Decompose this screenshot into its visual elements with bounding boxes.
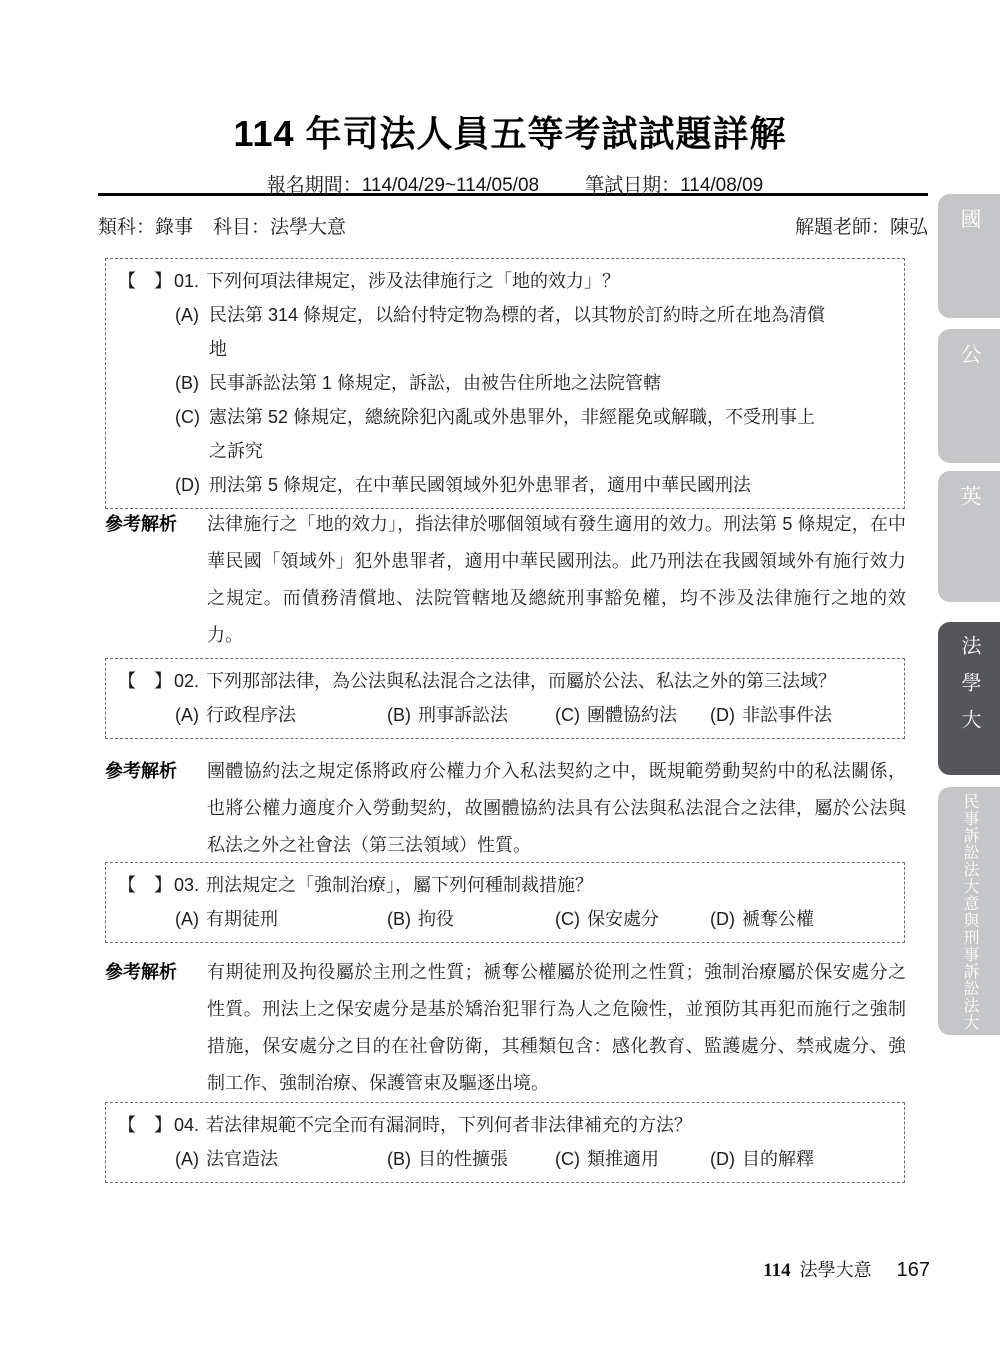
option-label: (D) — [710, 909, 735, 929]
option-a: (A)法官造法 — [175, 1142, 387, 1176]
option-b: (B)刑事訴訟法 — [387, 698, 555, 732]
analysis-text: 有期徒刑及拘役屬於主刑之性質；褫奪公權屬於從刑之性質；強制治療屬於保安處分之性質… — [207, 954, 906, 1102]
question-line: 【 】 03. 刑法規定之「強制治療」，屬下列何種制裁措施？ — [118, 868, 892, 902]
option-c: (C)保安處分 — [555, 902, 710, 936]
option-text: 非訟事件法 — [742, 705, 832, 725]
analysis-block-01: 參考解析 法律施行之「地的效力」，指法律於哪個領域有發生適用的效力。刑法第 5 … — [105, 506, 906, 654]
meta-row: 類科：錄事 科目：法學大意 解題老師：陳弘 — [98, 212, 928, 239]
analysis-block-03: 參考解析 有期徒刑及拘役屬於主刑之性質；褫奪公權屬於從刑之性質；強制治療屬於保安… — [105, 954, 906, 1102]
question-line: 【 】 01. 下列何項法律規定，涉及法律施行之「地的效力」？ — [118, 264, 892, 298]
question-number: 01. — [174, 264, 199, 298]
option-text: 法官造法 — [206, 1149, 278, 1169]
option-d: (D)目的解釋 — [710, 1142, 892, 1176]
option-label: (D) — [175, 468, 209, 502]
option-label: (C) — [175, 400, 209, 468]
sidebar-tab-civics: 公民 — [938, 329, 1000, 463]
document-page: 114 年司法人員五等考試試題詳解 報名期間：114/04/29~114/05/… — [0, 0, 1000, 1353]
analysis-label: 參考解析 — [105, 506, 207, 654]
question-box-03: 【 】 03. 刑法規定之「強制治療」，屬下列何種制裁措施？ (A)有期徒刑 (… — [105, 862, 905, 943]
option-label: (C) — [555, 1149, 580, 1169]
question-number: 02. — [174, 664, 199, 698]
header-divider — [98, 193, 928, 196]
option-label: (A) — [175, 1149, 199, 1169]
options-row: (A)有期徒刑 (B)拘役 (C)保安處分 (D)褫奪公權 — [175, 902, 892, 936]
options-list: (A) 民法第 314 條規定，以給付特定物為標的者，以其物於訂約時之所在地為清… — [175, 298, 892, 502]
meta-teacher: 解題老師：陳弘 — [795, 212, 928, 239]
analysis-label: 參考解析 — [105, 753, 207, 864]
option-d: (D) 刑法第 5 條規定，在中華民國領域外犯外患罪者，適用中華民國刑法 — [175, 468, 892, 502]
meta-left: 類科：錄事 科目：法學大意 — [98, 212, 346, 239]
options-row: (A)法官造法 (B)目的性擴張 (C)類推適用 (D)目的解釋 — [175, 1142, 892, 1176]
question-text: 下列那部法律，為公法與私法混合之法律，而屬於公法、私法之外的第三法域？ — [206, 664, 892, 698]
option-a: (A)有期徒刑 — [175, 902, 387, 936]
question-head: 【 】 02. — [118, 664, 206, 698]
option-b: (B)目的性擴張 — [387, 1142, 555, 1176]
question-head: 【 】 04. — [118, 1108, 206, 1142]
option-d: (D)非訟事件法 — [710, 698, 892, 732]
footer-subject: 法學大意 — [800, 1256, 872, 1282]
answer-bracket: 【 】 — [118, 1108, 172, 1142]
option-label: (B) — [175, 366, 209, 400]
option-text: 目的性擴張 — [418, 1149, 508, 1169]
option-label: (C) — [555, 909, 580, 929]
footer-volume: 114 — [763, 1260, 790, 1282]
options-row: (A)行政程序法 (B)刑事訴訟法 (C)團體協約法 (D)非訟事件法 — [175, 698, 892, 732]
option-c: (C)團體協約法 — [555, 698, 710, 732]
option-text: 團體協約法 — [587, 705, 677, 725]
question-text: 若法律規範不完全而有漏洞時，下列何者非法律補充的方法？ — [206, 1108, 892, 1142]
footer-page-number: 167 — [897, 1259, 930, 1282]
answer-bracket: 【 】 — [118, 664, 172, 698]
option-text: 有期徒刑 — [206, 909, 278, 929]
option-text: 褫奪公權 — [742, 909, 814, 929]
option-text: 憲法第 52 條規定，總統除犯內亂或外患罪外，非經罷免或解職，不受刑事上之訴究 — [209, 400, 827, 468]
answer-bracket: 【 】 — [118, 868, 172, 902]
option-text: 民事訴訟法第 1 條規定，訴訟，由被告住所地之法院管轄 — [209, 366, 827, 400]
sidebar-tab-english: 英文 — [938, 471, 1000, 602]
option-label: (B) — [387, 909, 411, 929]
option-label: (A) — [175, 705, 199, 725]
option-b: (B)拘役 — [387, 902, 555, 936]
sidebar-tab-civil-criminal-procedure: 民事訴訟法大意與刑事訴訟法大意 — [938, 787, 1000, 1035]
question-number: 04. — [174, 1108, 199, 1142]
analysis-text: 法律施行之「地的效力」，指法律於哪個領域有發生適用的效力。刑法第 5 條規定，在… — [207, 506, 906, 654]
option-text: 拘役 — [418, 909, 454, 929]
analysis-block-02: 參考解析 團體協約法之規定係將政府公權力介入私法契約之中，既規範勞動契約中的私法… — [105, 753, 906, 864]
option-text: 目的解釋 — [742, 1149, 814, 1169]
option-label: (D) — [710, 705, 735, 725]
question-number: 03. — [174, 868, 199, 902]
option-label: (A) — [175, 298, 209, 366]
option-text: 民法第 314 條規定，以給付特定物為標的者，以其物於訂約時之所在地為清償地 — [209, 298, 827, 366]
question-text: 刑法規定之「強制治療」，屬下列何種制裁措施？ — [206, 868, 892, 902]
question-text: 下列何項法律規定，涉及法律施行之「地的效力」？ — [206, 264, 892, 298]
option-label: (A) — [175, 909, 199, 929]
option-text: 刑事訴訟法 — [418, 705, 508, 725]
option-label: (B) — [387, 1149, 411, 1169]
question-line: 【 】 02. 下列那部法律，為公法與私法混合之法律，而屬於公法、私法之外的第三… — [118, 664, 892, 698]
question-box-04: 【 】 04. 若法律規範不完全而有漏洞時，下列何者非法律補充的方法？ (A)法… — [105, 1102, 905, 1183]
option-c: (C) 憲法第 52 條規定，總統除犯內亂或外患罪外，非經罷免或解職，不受刑事上… — [175, 400, 892, 468]
sidebar-tab-chinese: 國文 — [938, 194, 1000, 318]
question-box-02: 【 】 02. 下列那部法律，為公法與私法混合之法律，而屬於公法、私法之外的第三… — [105, 658, 905, 739]
option-c: (C)類推適用 — [555, 1142, 710, 1176]
option-d: (D)褫奪公權 — [710, 902, 892, 936]
page-title: 114 年司法人員五等考試試題詳解 — [10, 106, 1000, 157]
option-text: 行政程序法 — [206, 705, 296, 725]
page-footer: 114 法學大意 167 — [763, 1256, 930, 1282]
option-a: (A) 民法第 314 條規定，以給付特定物為標的者，以其物於訂約時之所在地為清… — [175, 298, 892, 366]
meta-subject: 科目：法學大意 — [213, 212, 346, 239]
option-a: (A)行政程序法 — [175, 698, 387, 732]
option-text: 類推適用 — [587, 1149, 659, 1169]
question-head: 【 】 01. — [118, 264, 206, 298]
analysis-text: 團體協約法之規定係將政府公權力介入私法契約之中，既規範勞動契約中的私法關係，也將… — [207, 753, 906, 864]
option-label: (D) — [710, 1149, 735, 1169]
option-label: (B) — [387, 705, 411, 725]
option-text: 刑法第 5 條規定，在中華民國領域外犯外患罪者，適用中華民國刑法 — [209, 468, 827, 502]
answer-bracket: 【 】 — [118, 264, 172, 298]
option-text: 保安處分 — [587, 909, 659, 929]
question-box-01: 【 】 01. 下列何項法律規定，涉及法律施行之「地的效力」？ (A) 民法第 … — [105, 258, 905, 509]
sidebar-tab-law-summary: 法學大意 — [938, 622, 1000, 775]
option-b: (B) 民事訴訟法第 1 條規定，訴訟，由被告住所地之法院管轄 — [175, 366, 892, 400]
question-line: 【 】 04. 若法律規範不完全而有漏洞時，下列何者非法律補充的方法？ — [118, 1108, 892, 1142]
option-label: (C) — [555, 705, 580, 725]
question-head: 【 】 03. — [118, 868, 206, 902]
analysis-label: 參考解析 — [105, 954, 207, 1102]
meta-category: 類科：錄事 — [98, 212, 193, 239]
